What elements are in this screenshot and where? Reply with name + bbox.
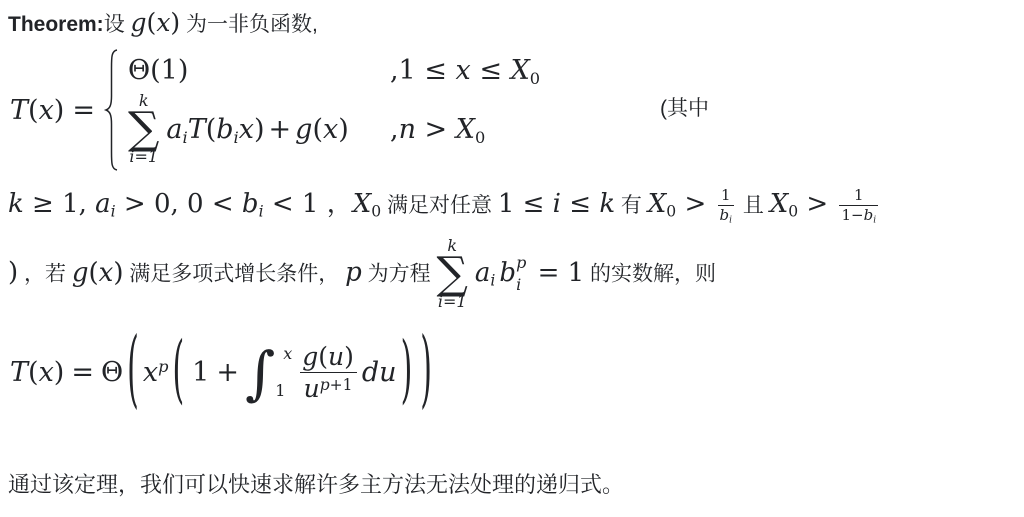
summation-symbol: k∑i=1 <box>436 238 467 310</box>
superscript-p-plus-1: p+1 <box>320 376 353 394</box>
math-token: ) <box>170 8 180 37</box>
math-token: +1 <box>330 376 353 394</box>
math-token: ,1 ≤ <box>390 55 456 86</box>
math-token: ( <box>147 8 157 37</box>
fraction-denominator: up+1 <box>300 372 357 404</box>
constraint-text-2: 有 <box>615 194 648 217</box>
math-token: < 1 ， <box>264 189 353 219</box>
math-token: u <box>304 374 320 403</box>
math-token: x <box>39 357 54 388</box>
subscript-i: i <box>516 277 521 293</box>
math-token: T <box>10 95 28 126</box>
math-token: = 1 <box>529 258 584 288</box>
superscript-p: p <box>158 357 168 376</box>
math-token: g <box>295 114 312 145</box>
big-open-paren: ( <box>172 335 184 409</box>
left-brace-icon <box>103 48 119 172</box>
integrand-fraction: g(u) up+1 <box>298 341 358 405</box>
theorem-label: Theorem: <box>8 13 104 36</box>
closing-remark: 通过该定理，我们可以快速求解许多主方法无法处理的递归式。 <box>8 468 624 499</box>
subscript-zero: 0 <box>530 69 540 88</box>
math-token: p <box>345 258 362 288</box>
math-token: X <box>648 189 667 219</box>
math-token: T <box>188 114 206 145</box>
summation-symbol: k ∑ i=1 <box>128 93 159 165</box>
integral-icon: ∫ <box>245 344 275 402</box>
math-token: X <box>353 189 372 219</box>
math-token: k <box>599 189 615 219</box>
math-token: X <box>511 55 530 86</box>
math-token: x <box>39 95 54 126</box>
math-token: ) <box>54 95 65 126</box>
math-token: > <box>798 189 836 219</box>
math-token: ( <box>28 95 39 126</box>
math-token: ≥ 1, <box>24 189 95 219</box>
math-token: ≤ <box>471 55 511 86</box>
math-g-of-x: g(x) <box>72 257 124 287</box>
math-token: k <box>8 189 24 219</box>
math-token: ) <box>113 258 123 288</box>
math-token: a <box>475 258 491 288</box>
cases-grid: Θ(1) ,1 ≤ x ≤ X0 k ∑ i=1 aiT(bix)+g(x) ,… <box>128 55 540 165</box>
subscript-i: i <box>729 215 732 225</box>
sigma-icon: ∑ <box>436 254 467 294</box>
constraint-text-1: 满足对任意 <box>381 194 498 217</box>
case-2-condition: ,n > X0 <box>390 114 540 145</box>
characteristic-sum-body: aibpi = 1 <box>475 257 584 287</box>
math-token: b <box>720 206 730 224</box>
math-token: b <box>242 189 259 219</box>
math-token: 1 <box>192 357 209 388</box>
integral-upper-limit: x <box>283 344 292 363</box>
integral-lower-limit: 1 <box>275 381 285 400</box>
condition-text-b: 满足多项式增长条件， <box>123 263 345 286</box>
sigma-icon: ∑ <box>128 109 159 149</box>
fraction-denominator: 1−bi <box>839 205 878 225</box>
piecewise-lhs: T(x)= <box>10 95 95 126</box>
math-token: x <box>239 114 254 145</box>
math-token: ( <box>88 258 98 288</box>
math-token: x <box>156 8 170 37</box>
math-token: ( <box>312 114 323 145</box>
math-token: T <box>10 357 28 388</box>
intro-text-pre: 设 <box>104 13 131 36</box>
big-close-paren: ) <box>420 330 432 414</box>
math-token: ) <box>344 342 354 371</box>
x-to-the-p: xp <box>143 357 169 388</box>
math-token: X <box>456 114 475 145</box>
constraint-text-3: 且 <box>737 194 770 217</box>
math-token: X <box>770 189 789 219</box>
math-token: , <box>390 114 399 145</box>
math-token: > 0, 0 < <box>116 189 242 219</box>
subscript-zero: 0 <box>666 203 676 221</box>
math-token: u <box>328 342 344 371</box>
math-token: g <box>72 258 89 288</box>
fraction-numerator: 1 <box>854 186 864 205</box>
math-token: a <box>166 114 182 145</box>
fraction-one-over-1-minus-bi: 11−bi <box>839 186 878 225</box>
math-token: x <box>456 55 471 86</box>
math-token: g <box>131 8 147 37</box>
math-token: ( <box>206 114 217 145</box>
close-paren: ) <box>8 258 18 288</box>
math-token: i <box>553 189 561 219</box>
subscript-zero: 0 <box>788 203 798 221</box>
big-open-paren: ( <box>127 330 139 414</box>
math-token: n <box>399 114 416 145</box>
condition-text-c: 为方程 <box>362 263 437 286</box>
math-token: ) <box>54 357 65 388</box>
condition-text-d: 的实数解，则 <box>584 263 716 286</box>
sum-lower-limit: i=1 <box>438 294 467 310</box>
subscript-i: i <box>490 271 495 289</box>
theorem-page: Theorem:设 g(x) 为一非负函数, T(x)= Θ(1) ,1 ≤ x… <box>0 0 1024 517</box>
math-token: x <box>323 114 338 145</box>
math-token: > <box>676 189 714 219</box>
fraction-numerator: 1 <box>721 186 731 205</box>
subscript-zero: 0 <box>371 203 381 221</box>
math-token: x <box>143 357 158 388</box>
sum-body: aiT(bix)+g(x) <box>166 114 348 145</box>
result-lhs: T(x) <box>10 357 64 388</box>
big-close-paren: ) <box>401 335 413 409</box>
subscript-zero: 0 <box>475 127 485 146</box>
result-equation: T(x) = Θ ( xp ( 1 + ∫ x1 g(u) up+1 du ) … <box>10 341 436 405</box>
math-token: 1− <box>841 206 863 224</box>
intro-text-post: 为一非负函数, <box>180 13 318 36</box>
theorem-intro-line: Theorem:设 g(x) 为一非负函数, <box>8 8 318 38</box>
sum-lower-limit: i=1 <box>129 149 158 165</box>
where-note: (其中 <box>660 92 709 122</box>
math-token: b <box>216 114 233 145</box>
equals-sign: = <box>71 357 94 388</box>
math-token: ) <box>254 114 265 145</box>
math-token: ≤ <box>561 189 599 219</box>
math-token: a <box>95 189 111 219</box>
plus-sign: + <box>216 357 239 388</box>
case-1-expression: Θ(1) <box>128 55 390 86</box>
math-token: ) <box>338 114 349 145</box>
piecewise-equation: T(x)= Θ(1) ,1 ≤ x ≤ X0 k ∑ i=1 aiT(bix)+… <box>10 48 540 172</box>
constraints-line: k ≥ 1, ai > 0, 0 < bi < 1 ，X0 满足对任意 1 ≤ … <box>8 183 881 224</box>
case-1-condition: ,1 ≤ x ≤ X0 <box>390 55 540 86</box>
math-g-of-x: g(x) <box>131 11 181 36</box>
equals-sign: = <box>72 95 95 126</box>
subscript-i: i <box>873 215 876 225</box>
fraction-denominator: bi <box>718 205 735 225</box>
math-token: ( <box>318 342 328 371</box>
fraction-one-over-bi: 1bi <box>718 186 735 225</box>
fraction-numerator: g(u) <box>298 341 358 372</box>
case-2-expression: k ∑ i=1 aiT(bix)+g(x) <box>128 93 390 165</box>
condition-line: ) ，若 g(x) 满足多项式增长条件， p 为方程 k∑i=1aibpi = … <box>8 238 716 310</box>
math-token: > <box>416 114 456 145</box>
math-token: g <box>302 342 318 371</box>
math-token: ( <box>28 357 39 388</box>
theta-symbol: Θ <box>101 357 123 388</box>
integral-limits: x1 <box>275 342 292 404</box>
math-token: x <box>99 258 114 288</box>
differential-du: du <box>362 357 397 388</box>
superscript-p: p <box>516 255 526 271</box>
math-token: p <box>320 376 330 394</box>
plus-sign: + <box>269 114 292 145</box>
math-token: b <box>499 258 516 288</box>
sup-p-sub-i-stack: pi <box>516 254 526 294</box>
math-token: 1 ≤ <box>498 189 553 219</box>
math-token: b <box>864 206 874 224</box>
condition-text-a: ，若 <box>18 263 72 286</box>
